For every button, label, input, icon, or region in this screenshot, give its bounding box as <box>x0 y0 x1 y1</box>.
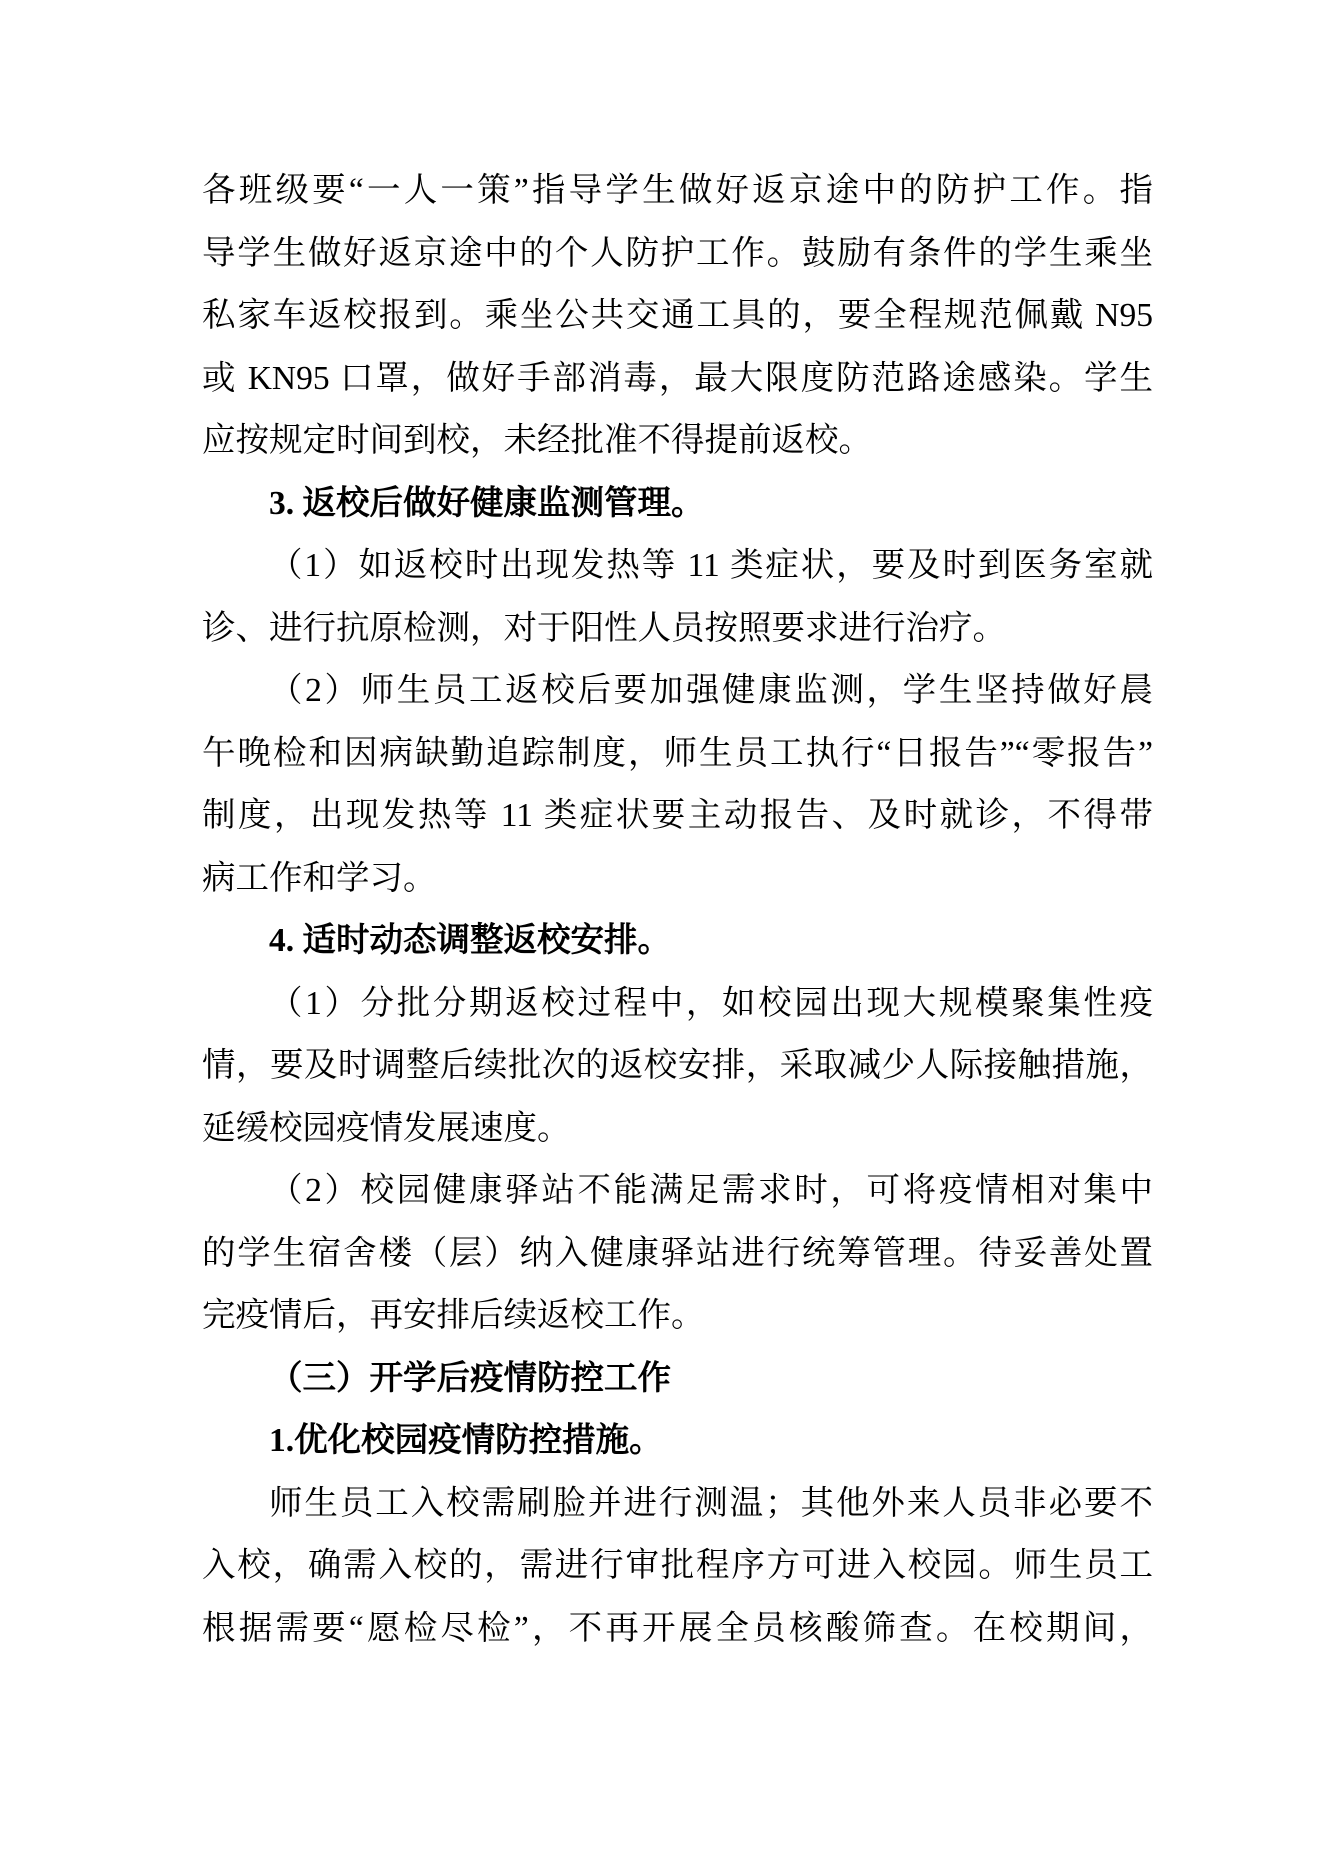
text-line-05: 应按规定时间到校，未经批准不得提前返校。 <box>202 410 1153 473</box>
subheading-1-line: 1.优化校园疫情防控措施。 <box>202 1410 1153 1473</box>
text-line-03: 私家车返校报到。乘坐公共交通工具的，要全程规范佩戴 N95 <box>202 285 1153 348</box>
text-line-07: （1）如返校时出现发热等 11 类症状，要及时到医务室就 <box>202 535 1153 598</box>
text-line-18: 的学生宿舍楼（层）纳入健康驿站进行统筹管理。待妥善处置 <box>202 1223 1153 1286</box>
heading-4-line: 4. 适时动态调整返校安排。 <box>202 910 1153 973</box>
document-text-block: 各班级要“一人一策”指导学生做好返京途中的防护工作。指 导学生做好返京途中的个人… <box>202 160 1153 1660</box>
text-line-24: 根据需要“愿检尽检”，不再开展全员核酸筛查。在校期间， <box>202 1598 1153 1661</box>
text-line-23: 入校，确需入校的，需进行审批程序方可进入校园。师生员工 <box>202 1535 1153 1598</box>
text-line-09: （2）师生员工返校后要加强健康监测，学生坚持做好晨 <box>202 660 1153 723</box>
text-line-02: 导学生做好返京途中的个人防护工作。鼓励有条件的学生乘坐 <box>202 223 1153 286</box>
text-line-08: 诊、进行抗原检测，对于阳性人员按照要求进行治疗。 <box>202 598 1153 661</box>
text-line-16: 延缓校园疫情发展速度。 <box>202 1098 1153 1161</box>
text-line-04: 或 KN95 口罩，做好手部消毒，最大限度防范路途感染。学生 <box>202 348 1153 411</box>
text-line-22: 师生员工入校需刷脸并进行测温；其他外来人员非必要不 <box>202 1473 1153 1536</box>
text-line-12: 病工作和学习。 <box>202 848 1153 911</box>
text-line-14: （1）分批分期返校过程中，如校园出现大规模聚集性疫 <box>202 973 1153 1036</box>
section-heading-line: （三）开学后疫情防控工作 <box>202 1348 1153 1411</box>
text-line-19: 完疫情后，再安排后续返校工作。 <box>202 1285 1153 1348</box>
text-line-15: 情，要及时调整后续批次的返校安排，采取减少人际接触措施， <box>202 1035 1153 1098</box>
text-line-01: 各班级要“一人一策”指导学生做好返京途中的防护工作。指 <box>202 160 1153 223</box>
text-line-11: 制度，出现发热等 11 类症状要主动报告、及时就诊，不得带 <box>202 785 1153 848</box>
text-line-17: （2）校园健康驿站不能满足需求时，可将疫情相对集中 <box>202 1160 1153 1223</box>
heading-3-line: 3. 返校后做好健康监测管理。 <box>202 473 1153 536</box>
text-line-10: 午晚检和因病缺勤追踪制度，师生员工执行“日报告”“零报告” <box>202 723 1153 786</box>
document-page: 各班级要“一人一策”指导学生做好返京途中的防护工作。指 导学生做好返京途中的个人… <box>0 0 1323 1871</box>
